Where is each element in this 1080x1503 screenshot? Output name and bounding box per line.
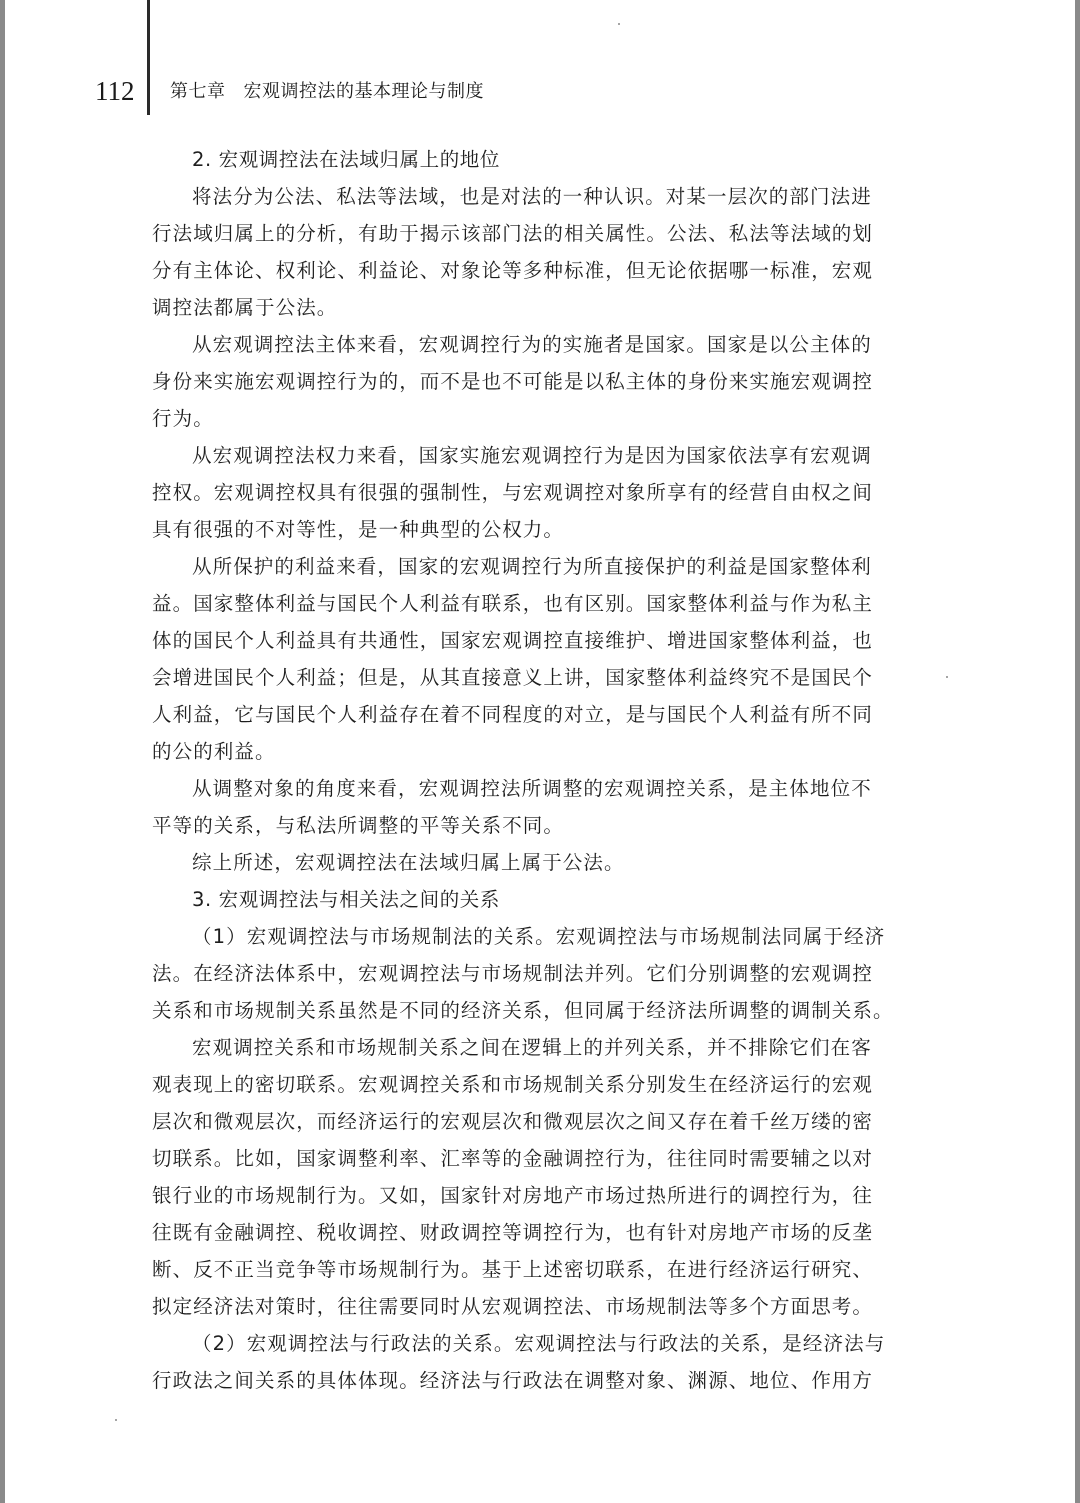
text-line: 分有主体论、权利论、利益论、对象论等多种标准，但无论依据哪一标准，宏观	[152, 252, 948, 289]
chapter-label: 第七章	[170, 81, 226, 102]
text-line: 从所保护的利益来看，国家的宏观调控行为所直接保护的利益是国家整体利	[152, 548, 948, 585]
section-heading: 2. 宏观调控法在法域归属上的地位	[152, 141, 948, 178]
text-line: 综上所述，宏观调控法在法域归属上属于公法。	[152, 844, 948, 881]
text-line: 拟定经济法对策时，往往需要同时从宏观调控法、市场规制法等多个方面思考。	[152, 1288, 948, 1325]
text-line: 往既有金融调控、税收调控、财政调控等调控行为，也有针对房地产市场的反垄	[152, 1214, 948, 1251]
text-line: 行政法之间关系的具体体现。经济法与行政法在调整对象、渊源、地位、作用方	[152, 1362, 948, 1399]
text-line: 的公的利益。	[152, 733, 948, 770]
text-line: 法。在经济法体系中，宏观调控法与市场规制法并列。它们分别调整的宏观调控	[152, 955, 948, 992]
text-line: 体的国民个人利益具有共通性，国家宏观调控直接维护、增进国家整体利益，也	[152, 622, 948, 659]
text-line: 控权。宏观调控权具有很强的强制性，与宏观调控对象所享有的经营自由权之间	[152, 474, 948, 511]
text-line: 益。国家整体利益与国民个人利益有联系，也有区别。国家整体利益与作为私主	[152, 585, 948, 622]
text-line: （2）宏观调控法与行政法的关系。宏观调控法与行政法的关系，是经济法与	[152, 1325, 948, 1362]
text-line: 银行业的市场规制行为。又如，国家针对房地产市场过热所进行的调控行为，往	[152, 1177, 948, 1214]
section-heading: 3. 宏观调控法与相关法之间的关系	[152, 881, 948, 918]
text-line: 身份来实施宏观调控行为的，而不是也不可能是以私主体的身份来实施宏观调控	[152, 363, 948, 400]
text-line: 具有很强的不对等性，是一种典型的公权力。	[152, 511, 948, 548]
scan-speck	[618, 23, 620, 25]
text-line: 关系和市场规制关系虽然是不同的经济关系，但同属于经济法所调整的调制关系。	[152, 992, 948, 1029]
scan-speck	[115, 1419, 117, 1421]
text-line: 宏观调控关系和市场规制关系之间在逻辑上的并列关系，并不排除它们在客	[152, 1029, 948, 1066]
scan-speck	[946, 676, 948, 678]
page-number: 112	[95, 74, 135, 108]
text-line: 切联系。比如，国家调整利率、汇率等的金融调控行为，往往同时需要辅之以对	[152, 1140, 948, 1177]
chapter-title: 宏观调控法的基本理论与制度	[244, 81, 485, 102]
header-vertical-rule	[147, 0, 150, 115]
text-line: （1）宏观调控法与市场规制法的关系。宏观调控法与市场规制法同属于经济	[152, 918, 948, 955]
text-line: 将法分为公法、私法等法域，也是对法的一种认识。对某一层次的部门法进	[152, 178, 948, 215]
text-line: 会增进国民个人利益；但是，从其直接意义上讲，国家整体利益终究不是国民个	[152, 659, 948, 696]
text-line: 人利益，它与国民个人利益存在着不同程度的对立，是与国民个人利益有所不同	[152, 696, 948, 733]
text-line: 层次和微观层次，而经济运行的宏观层次和微观层次之间又存在着千丝万缕的密	[152, 1103, 948, 1140]
text-line: 从宏观调控法权力来看，国家实施宏观调控行为是因为国家依法享有宏观调	[152, 437, 948, 474]
text-line: 行法域归属上的分析，有助于揭示该部门法的相关属性。公法、私法等法域的划	[152, 215, 948, 252]
page-edge-left	[0, 0, 5, 1503]
running-head: 第七章宏观调控法的基本理论与制度	[170, 79, 484, 105]
text-line: 行为。	[152, 400, 948, 437]
text-line: 从宏观调控法主体来看，宏观调控行为的实施者是国家。国家是以公主体的	[152, 326, 948, 363]
text-line: 调控法都属于公法。	[152, 289, 948, 326]
body-text: 2. 宏观调控法在法域归属上的地位将法分为公法、私法等法域，也是对法的一种认识。…	[152, 141, 948, 1399]
text-line: 观表现上的密切联系。宏观调控关系和市场规制关系分别发生在经济运行的宏观	[152, 1066, 948, 1103]
page-edge-right	[1075, 0, 1080, 1503]
text-line: 断、反不正当竞争等市场规制行为。基于上述密切联系，在进行经济运行研究、	[152, 1251, 948, 1288]
text-line: 平等的关系，与私法所调整的平等关系不同。	[152, 807, 948, 844]
text-line: 从调整对象的角度来看，宏观调控法所调整的宏观调控关系，是主体地位不	[152, 770, 948, 807]
